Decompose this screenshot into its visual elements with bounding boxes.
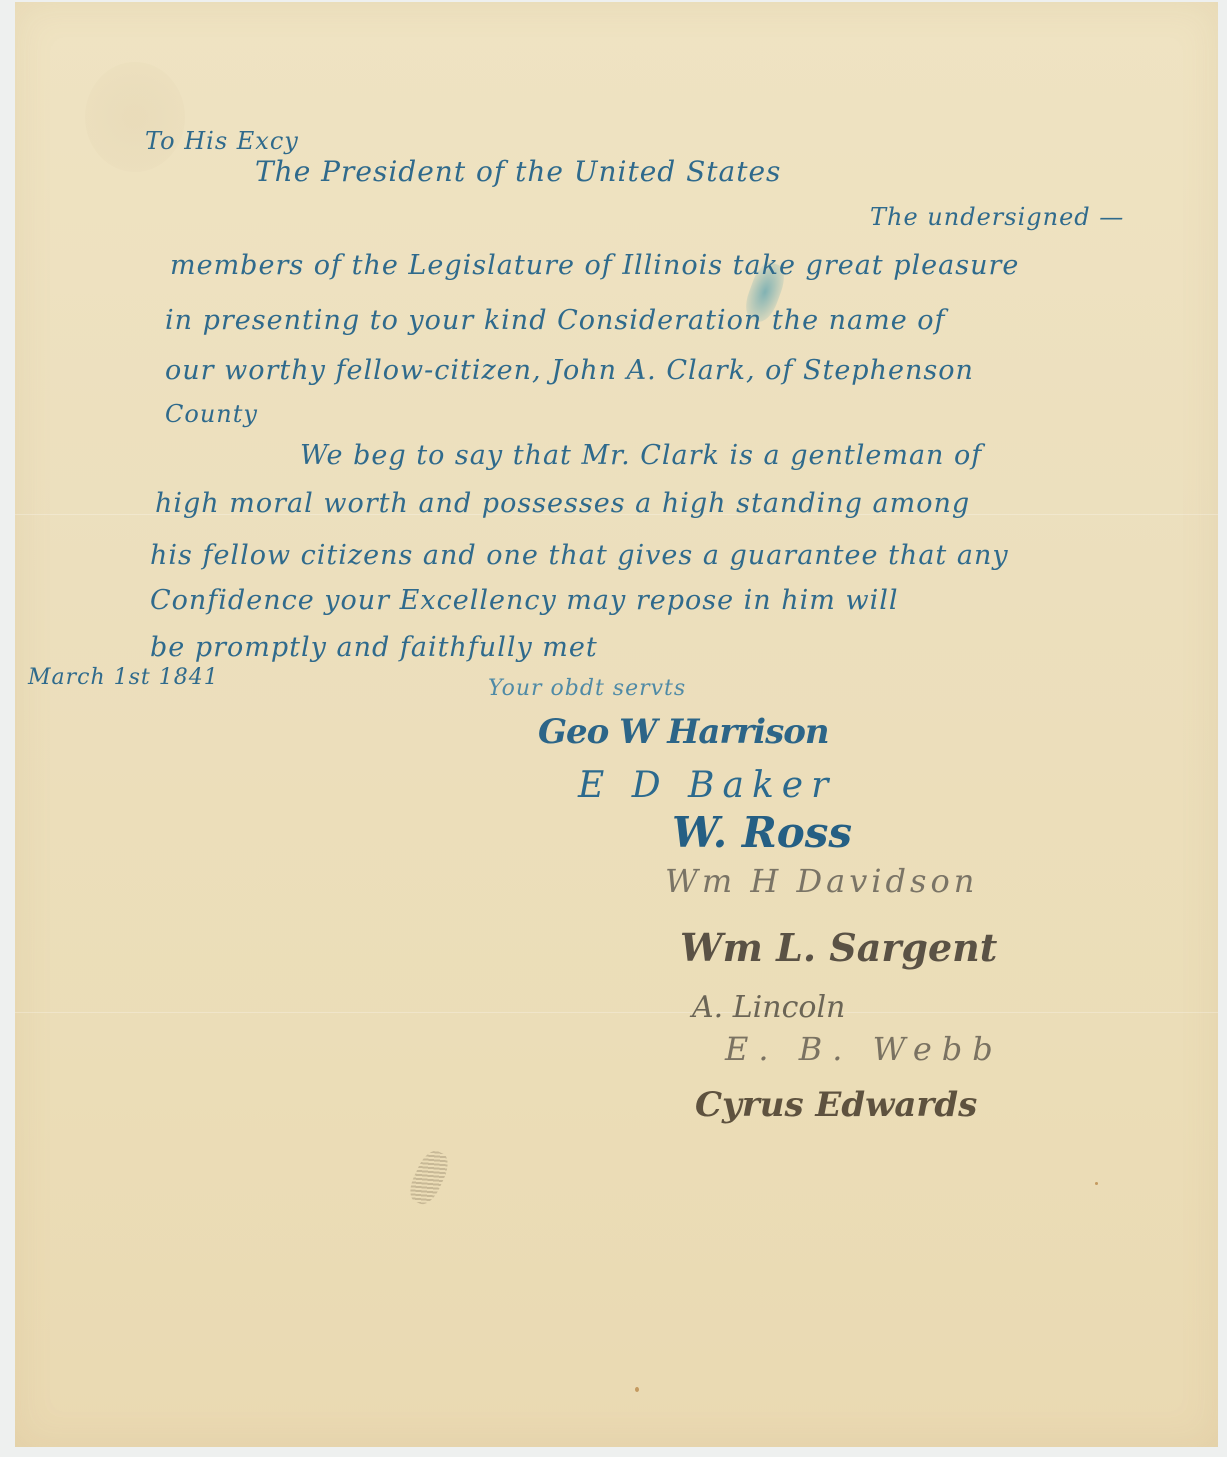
signature-davidson: Wm H Davidson — [665, 862, 978, 900]
pencil-annotation: faint pencil annotation — [855, 30, 995, 45]
letter-date: March 1st 1841 — [28, 665, 219, 690]
body-line: We beg to say that Mr. Clark is a gentle… — [300, 440, 982, 471]
signature-edwards: Cyrus Edwards — [695, 1085, 977, 1125]
body-line: be promptly and faithfully met — [150, 632, 598, 663]
body-line: high moral worth and possesses a high st… — [155, 488, 970, 519]
foxing-spot — [635, 1387, 639, 1392]
signature-lincoln: A. Lincoln — [692, 990, 845, 1025]
body-line: in presenting to your kind Consideration… — [165, 305, 946, 336]
body-line: County — [165, 400, 258, 428]
closing: Your obdt servts — [488, 676, 686, 701]
signature-sargent: Wm L. Sargent — [680, 925, 997, 970]
body-line: The undersigned — — [870, 203, 1124, 231]
thumb-smudge — [405, 1147, 454, 1209]
foxing-spot — [1095, 1182, 1098, 1185]
signature-harrison: Geo W Harrison — [538, 712, 829, 752]
body-line: his fellow citizens and one that gives a… — [150, 540, 1009, 571]
signature-baker: E D Baker — [578, 765, 836, 806]
body-line: Confidence your Excellency may repose in… — [150, 585, 899, 616]
circular-stain — [85, 62, 185, 172]
fold-line — [15, 1012, 1218, 1013]
salutation: To His Excy — [145, 127, 299, 155]
addressee: The President of the United States — [255, 155, 781, 188]
body-line: our worthy fellow-citizen, John A. Clark… — [165, 355, 974, 386]
body-line: members of the Legislature of Illinois t… — [170, 250, 1019, 281]
signature-ross: W. Ross — [672, 808, 852, 857]
signature-webb: E. B. Webb — [725, 1030, 1003, 1068]
